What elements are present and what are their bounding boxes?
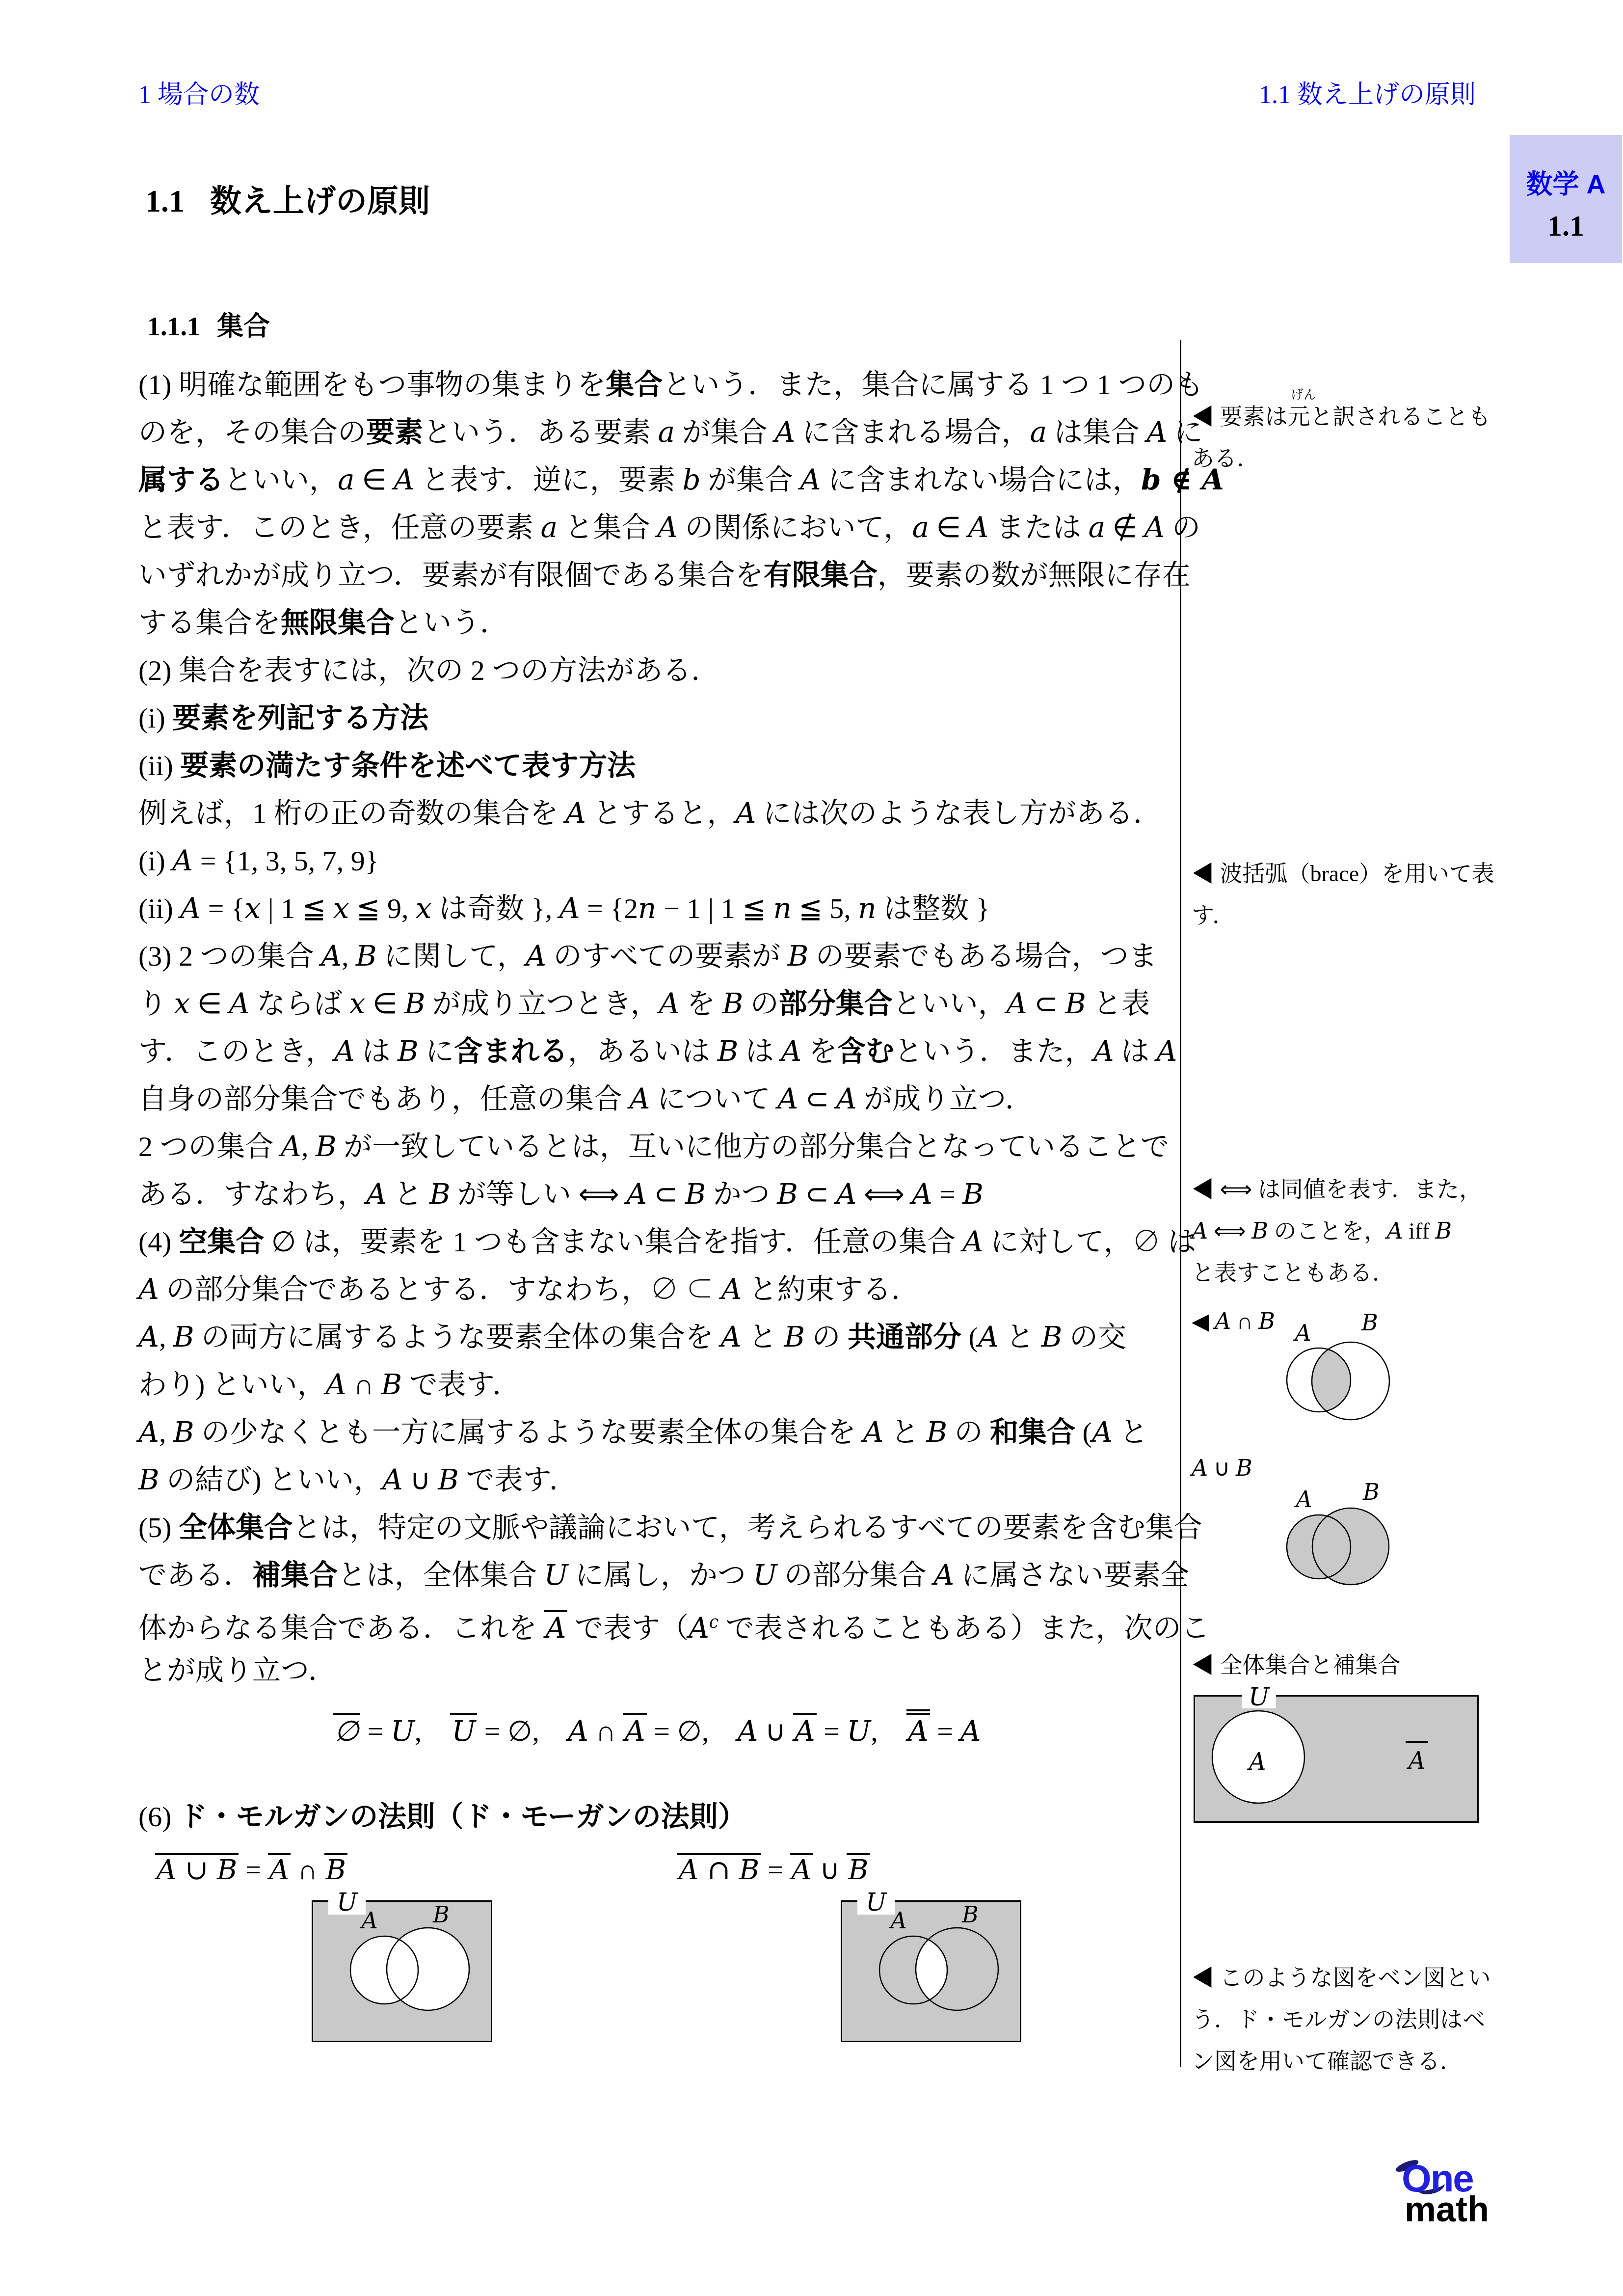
text-segment: = (360, 1715, 391, 1747)
text-segment: に (419, 1035, 454, 1067)
text-segment: B (404, 987, 426, 1020)
text-segment: (4) (138, 1226, 179, 1258)
text-segment: x (245, 891, 261, 925)
text-segment: A (626, 1177, 647, 1211)
text-segment: A (790, 1853, 813, 1885)
text-segment: 全体集合 (179, 1512, 293, 1543)
text-segment: と表 (1086, 988, 1150, 1020)
text-segment: B (173, 1415, 194, 1449)
text-segment: う．ド・モルガンの法則はベ (1192, 2007, 1485, 2032)
margin-note-iff: ◀ ⟺ は同値を表す．また，A ⟺ B のことを，A iff Bと表すこともある… (1192, 1168, 1619, 1294)
note-line: ◀ このような図をベン図とい (1192, 1957, 1619, 1999)
text-segment: B (788, 939, 809, 972)
text-segment: = (930, 1715, 960, 1747)
set-a-label: A (888, 1907, 906, 1934)
text-segment: の要素でもある場合，つま (808, 940, 1157, 972)
set-b-label: B (432, 1901, 450, 1928)
note-line: ◀ ⟺ は同値を表す．また， (1192, 1168, 1619, 1210)
text-segment: ∈ (190, 988, 229, 1020)
text-segment: A (836, 1082, 857, 1115)
text-segment: 集合 (606, 369, 663, 401)
text-segment: U (544, 1558, 568, 1592)
body-line: (3) 2 つの集合 A, B に関して，A のすべての要素が B の要素でもあ… (138, 932, 1175, 980)
set-a-complement-label: A (1407, 1747, 1426, 1775)
text-segment: x (349, 987, 366, 1020)
textbook-page: 1 場合の数 1.1 数え上げの原則 1.1数え上げの原則 数学 A 1.1 1… (0, 0, 1623, 2296)
body-line: (ii) A = {x | 1 ≦ x ≦ 9, x は奇数 }, A = {2… (138, 885, 1175, 932)
text-segment: (ii) (138, 750, 180, 782)
text-segment: は集合 (1047, 416, 1146, 448)
text-segment: という．また，集合に属する 1 つ 1 つのも (663, 369, 1203, 401)
text-segment: , (342, 940, 356, 972)
text-segment: A (963, 1225, 984, 1258)
text-segment: ド・モルガンの法則（ド・モーガンの法則） (179, 1801, 746, 1833)
subsection-label: 集合 (217, 312, 270, 341)
set-a-label: A (1293, 1320, 1311, 1346)
text-segment: B (381, 1368, 402, 1401)
text-segment: | 1 ≦ (261, 892, 333, 924)
text-segment: A (1007, 987, 1027, 1020)
body-line: のを，その集合の要素という．ある要素 a が集合 A に含まれる場合，a は集合… (138, 408, 1175, 456)
text-segment: と (883, 1416, 926, 1448)
text-segment: に含まれる場合， (795, 416, 1030, 448)
text-segment: A (326, 1368, 346, 1401)
text-segment: A (180, 891, 201, 925)
subsection-title: 1.1.1集合 (147, 305, 270, 343)
body-line: と表す．このとき，任意の要素 a と集合 A の関係において，a ∈ A または… (138, 504, 1175, 551)
text-segment: A (565, 796, 586, 830)
text-segment: 含まれる (454, 1035, 568, 1067)
text-segment: に属し，かつ (568, 1559, 753, 1591)
text-segment: ∩ (346, 1369, 381, 1401)
note-line: ン図を用いて確認できる． (1192, 2040, 1619, 2082)
text-segment: で表す． (402, 1369, 521, 1401)
section-title: 数え上げの原則 (210, 183, 430, 218)
text-segment: いずれかが成り立つ．要素が有限個である集合を (138, 559, 764, 591)
text-segment: iff (1403, 1218, 1436, 1243)
text-segment: a (338, 463, 355, 496)
text-segment: が等しい ⟺ (451, 1178, 627, 1210)
text-segment: B (1065, 987, 1086, 1020)
text-segment: , (415, 1715, 451, 1747)
text-segment: U (753, 1558, 777, 1592)
text-segment: = (817, 1715, 847, 1747)
text-segment: ≦ 5, (792, 892, 858, 924)
text-segment: とは，特定の文脈や議論において，考えられるすべての要素を含む集合 (293, 1512, 1202, 1543)
text-segment: − 1 | 1 ≦ (656, 892, 773, 924)
text-segment: A (657, 511, 678, 544)
text-segment: という． (395, 607, 508, 639)
text-segment: A (559, 891, 580, 925)
text-segment: に関して， (377, 940, 526, 972)
text-segment: または (988, 512, 1088, 543)
margin-divider (1180, 340, 1181, 2067)
text-segment: は (738, 1035, 781, 1067)
text-segment: x (174, 987, 190, 1020)
text-segment: で表す（ (567, 1612, 689, 1644)
text-segment: A (1144, 511, 1165, 544)
text-segment: , (301, 1131, 316, 1162)
set-b-label: B (1361, 1309, 1378, 1336)
venn-union-diagram: A B (1281, 1473, 1399, 1591)
note-line: と表すこともある． (1192, 1252, 1619, 1294)
text-segment: n (638, 891, 656, 925)
text-segment: ⊂ (1027, 988, 1065, 1020)
text-segment: と表すこともある． (1192, 1260, 1395, 1285)
note-line: ある． (1192, 437, 1619, 479)
text-segment: A (1092, 1415, 1113, 1449)
set-b-label: B (961, 1901, 979, 1928)
text-segment: の部分集合 (777, 1559, 933, 1591)
text-segment: とは，全体集合 (338, 1559, 544, 1591)
venn-diagram-union-complement: U A B (312, 1879, 492, 2042)
text-segment: B (1236, 1455, 1252, 1481)
body-line: 2 つの集合 A, B が一致しているとは，互いに他方の部分集合となっていること… (138, 1123, 1175, 1170)
text-segment: B (1041, 1320, 1063, 1353)
text-segment: とすると， (586, 797, 736, 829)
text-segment: ある．すなわち， (138, 1178, 366, 1210)
set-a-label: A (1294, 1486, 1312, 1513)
text-segment: の部分集合であるとする．すなわち，∅ ⊂ (159, 1273, 721, 1305)
text-segment: B (356, 939, 377, 972)
body-line: A, B の両方に属するような要素全体の集合を A と B の 共通部分 (A … (138, 1313, 1175, 1361)
text-segment: U (450, 1713, 477, 1746)
text-segment: = (932, 1178, 963, 1210)
text-segment: A (689, 1611, 709, 1645)
text-segment: A (659, 987, 680, 1020)
text-segment: (3) 2 つの集合 (138, 940, 321, 972)
note-line: A ⟺ B のことを，A iff B (1192, 1210, 1619, 1252)
text-segment: = {2 (580, 892, 639, 924)
body-text: (1) 明確な範囲をもつ事物の集まりを集合という．また，集合に属する 1 つ 1… (138, 361, 1175, 1694)
text-segment: (i) (138, 845, 172, 877)
text-segment: ◀ 波括弧（brace）を用いて表 (1192, 861, 1494, 886)
text-segment: A (334, 1034, 355, 1068)
text-segment: が一致しているとは，互いに他方の部分集合となっていることで (337, 1131, 1170, 1162)
text-segment: A (366, 1177, 387, 1211)
body-line: り x ∈ A ならば x ∈ B が成り立つとき，A を B の部分集合といい… (138, 980, 1175, 1027)
text-segment: と (1113, 1416, 1148, 1448)
text-segment: A (960, 1714, 981, 1748)
text-segment: と表す．このとき，任意の要素 (138, 512, 541, 543)
text-segment: 共通部分 (848, 1321, 961, 1353)
u-label: U (337, 1888, 358, 1917)
body-line: (i) A = {1, 3, 5, 7, 9} (138, 837, 1175, 885)
text-segment: 自身の部分集合でもあり，任意の集合 (138, 1083, 630, 1115)
text-segment: (i) (138, 702, 172, 734)
text-segment: で表されることもある）また，次のこ (718, 1612, 1210, 1644)
text-segment: A (836, 1177, 857, 1211)
text-segment: x (416, 891, 432, 925)
text-segment: 属する (138, 464, 224, 496)
text-segment: A (630, 1082, 650, 1115)
text-segment: を (680, 988, 722, 1020)
chapter-header: 1 場合の数 (138, 74, 260, 110)
text-segment: (2) 集合を表すには，次の 2 つの方法がある． (138, 654, 719, 686)
text-segment: B (1435, 1217, 1452, 1244)
text-segment: の関係において， (678, 512, 912, 543)
text-segment: n (858, 891, 876, 925)
text-segment: A (863, 1415, 884, 1449)
text-segment: と (999, 1321, 1041, 1353)
text-segment: ∪ (403, 1464, 438, 1496)
text-segment: す． (1192, 903, 1235, 928)
text-segment: 要素を列記する方法 (172, 702, 428, 734)
text-segment: 空集合 (179, 1226, 264, 1258)
body-line: A の部分集合であるとする．すなわち，∅ ⊂ A と約束する． (138, 1266, 1175, 1313)
text-segment: A (735, 796, 756, 830)
text-segment: c (709, 1613, 719, 1632)
text-segment: ⊂ (798, 1083, 836, 1115)
text-segment: A (1192, 1217, 1208, 1244)
text-segment: ⊂ (647, 1178, 685, 1210)
text-segment: が成り立つとき， (426, 988, 659, 1020)
text-segment: A (568, 1714, 588, 1748)
text-segment: が成り立つ． (857, 1083, 1034, 1115)
logo-math: math (1405, 2190, 1489, 2229)
text-segment: A (623, 1713, 647, 1746)
text-segment: B (777, 1177, 798, 1211)
set-identities-formula: ∅ = U, U = ∅, A ∩ A = ∅, A ∪ A = U, A = … (138, 1704, 1175, 1758)
text-segment: A (268, 1853, 291, 1885)
text-segment: す．このとき， (138, 1035, 334, 1067)
text-segment: , (159, 1321, 173, 1353)
text-segment: B (1258, 1308, 1275, 1334)
text-segment: ，要素の数が無限に存在 (878, 559, 1191, 591)
body-line: (1) 明確な範囲をもつ事物の集まりを集合という．また，集合に属する 1 つ 1… (138, 361, 1175, 408)
text-segment: する集合を (138, 607, 281, 639)
margin-note-union-label: A ∪ B (1192, 1455, 1619, 1481)
body-line: わり) といい，A ∩ B で表す． (138, 1361, 1175, 1408)
margin-note-venn-diagram: ◀ このような図をベン図という．ド・モルガンの法則はベン図を用いて確認できる． (1192, 1957, 1619, 2082)
text-segment: ◀ (1192, 1309, 1215, 1334)
body-line: 属するといい，a ∈ A と表す．逆に，要素 b が集合 A に含まれない場合に… (138, 456, 1175, 504)
text-segment: に属さない要素全 (954, 1559, 1189, 1591)
section-header: 1.1 数え上げの原則 (1259, 74, 1476, 110)
text-segment: B (722, 987, 744, 1020)
text-segment: は整数 } (877, 892, 990, 924)
text-segment: = ∅, (647, 1715, 738, 1747)
text-segment: ン図を用いて確認できる． (1192, 2049, 1463, 2074)
text-segment: ある． (1192, 446, 1259, 471)
text-segment: ≦ 9, (349, 892, 416, 924)
venn-diagram-intersection-complement: U A B (841, 1879, 1021, 2042)
body-line: いずれかが成り立つ．要素が有限個である集合を有限集合，要素の数が無限に存在 (138, 551, 1175, 599)
venn-intersection-diagram: A B (1281, 1306, 1399, 1424)
body-line: (2) 集合を表すには，次の 2 つの方法がある． (138, 647, 1175, 694)
text-segment: (1) 明確な範囲をもつ事物の集まりを (138, 369, 606, 401)
text-segment: A ∩ B (677, 1853, 761, 1885)
text-segment: A (774, 415, 795, 449)
text-segment: の両方に属するような要素全体の集合を (194, 1321, 721, 1353)
text-segment: n (773, 891, 791, 925)
text-segment: で表す． (459, 1464, 578, 1496)
body-line: (i) 要素を列記する方法 (138, 694, 1175, 742)
text-segment: A ∪ B (155, 1853, 239, 1885)
text-segment: ◀ 全体集合と補集合 (1192, 1652, 1401, 1677)
text-segment: の交 (1062, 1321, 1126, 1353)
text-segment: B (173, 1320, 194, 1353)
text-segment: とが成り立つ． (138, 1654, 337, 1686)
text-segment: A (1093, 1034, 1114, 1068)
text-segment: A (1157, 1034, 1177, 1068)
text-segment: A (172, 844, 193, 877)
body-line: ある．すなわち，A と B が等しい ⟺ A ⊂ B かつ B ⊂ A ⟺ A … (138, 1170, 1175, 1218)
text-segment: A (1387, 1217, 1403, 1244)
page-title: 1.1数え上げの原則 (145, 176, 430, 221)
set-a-label: A (359, 1907, 377, 1934)
text-segment: と集合 (558, 512, 657, 543)
text-segment: に含まれない場合には， (821, 464, 1141, 496)
text-segment: の (947, 1416, 990, 1448)
text-segment: 有限集合 (764, 559, 878, 591)
text-segment: a (541, 511, 558, 544)
text-segment: ◀ このような図をベン図とい (1192, 1965, 1491, 1990)
text-segment: , (871, 1715, 906, 1747)
text-segment: り (138, 988, 174, 1020)
text-segment: = (239, 1855, 268, 1886)
text-segment: と (741, 1321, 784, 1353)
text-segment: 補集合 (252, 1559, 338, 1591)
text-segment: が集合 (701, 464, 800, 496)
text-segment: = { (201, 892, 245, 924)
text-segment: , (159, 1416, 173, 1448)
text-segment: ∩ (588, 1715, 623, 1747)
text-segment: B (398, 1034, 419, 1068)
body-line: B の結び) といい，A ∪ B で表す． (138, 1456, 1175, 1504)
text-segment: である． (138, 1559, 252, 1591)
text-segment: A (1192, 1455, 1208, 1481)
text-segment: の (805, 1321, 848, 1353)
text-segment: a (1030, 415, 1047, 449)
text-segment: のすべての要素が (546, 940, 788, 972)
text-segment: 体からなる集合である．これを (138, 1612, 544, 1644)
text-segment: ⟺ (1208, 1218, 1251, 1243)
text-segment: A (229, 987, 250, 1020)
text-segment: の結び) といい， (160, 1464, 382, 1496)
text-segment: B (718, 1034, 739, 1068)
text-segment: U (847, 1714, 871, 1748)
text-segment: ∪ (1208, 1456, 1236, 1481)
text-segment: と約束する． (742, 1273, 920, 1305)
text-segment: B (1251, 1217, 1268, 1244)
text-segment: ∉ (1105, 512, 1144, 543)
text-segment: 部分集合 (779, 988, 893, 1020)
set-b-label: B (1362, 1479, 1380, 1505)
text-segment: と (387, 1178, 429, 1210)
text-segment: には次のような表し方がある． (756, 797, 1162, 829)
text-segment: A (721, 1272, 742, 1306)
text-segment: は (355, 1035, 398, 1067)
text-segment: b (682, 463, 700, 496)
text-segment: について (650, 1083, 777, 1115)
text-segment: ならば (250, 988, 349, 1020)
text-segment: B (962, 1177, 984, 1211)
text-segment: B (438, 1463, 459, 1496)
text-segment: ⟺ (856, 1178, 911, 1210)
text-segment: 例えば，1 桁の正の奇数の集合を (138, 797, 565, 829)
text-segment: A (281, 1130, 301, 1163)
text-segment: B (138, 1463, 160, 1496)
text-segment: (ii) (138, 892, 180, 924)
text-segment: 無限集合 (281, 607, 395, 639)
body-line: (4) 空集合 ∅ は，要素を 1 つも含まない集合を指す．任意の集合 A に対… (138, 1218, 1175, 1266)
margin-note-element: ◀ 要素は元と訳されることもある． (1192, 396, 1619, 479)
text-segment: ( (961, 1321, 978, 1353)
text-segment: の (1165, 512, 1200, 543)
text-segment: A (526, 939, 546, 972)
text-segment: を (801, 1035, 837, 1067)
text-segment: ，あるいは (568, 1035, 718, 1067)
section-number: 1.1 (145, 184, 185, 218)
text-segment: が集合 (675, 416, 774, 448)
margin-note-brace: ◀ 波括弧（brace）を用いて表す． (1192, 853, 1619, 936)
text-segment: = {1, 3, 5, 7, 9} (193, 845, 378, 877)
text-segment: A (781, 1034, 801, 1068)
furigana-gen: げん (1291, 389, 1316, 402)
text-segment: かつ (706, 1178, 777, 1210)
note-line: す． (1192, 894, 1619, 936)
text-segment: A (800, 463, 821, 496)
text-segment: a (1088, 511, 1105, 544)
text-segment: ◀ 要素は元と訳されることも (1192, 404, 1491, 429)
set-a-label: A (1247, 1748, 1266, 1776)
text-segment: といい， (224, 464, 338, 496)
body-line: (5) 全体集合とは，特定の文脈や議論において，考えられるすべての要素を含む集合 (138, 1504, 1175, 1551)
body-line: A, B の少なくとも一方に属するような要素全体の集合を A と B の 和集合… (138, 1408, 1175, 1456)
text-segment: の少なくとも一方に属するような要素全体の集合を (194, 1416, 863, 1448)
body-line: 体からなる集合である．これを A で表す（Ac で表されることもある）また，次の… (138, 1599, 1175, 1647)
text-segment: という．また， (894, 1035, 1093, 1067)
text-segment: ∅ は，要素を 1 つも含まない集合を指す．任意の集合 (264, 1226, 962, 1258)
text-segment: B (926, 1415, 947, 1449)
text-segment: A (321, 939, 342, 972)
text-segment: A (793, 1713, 817, 1746)
text-segment: A (382, 1463, 403, 1496)
note-line: ◀ 波括弧（brace）を用いて表 (1192, 853, 1619, 894)
text-segment: a (658, 415, 675, 449)
text-segment: ⊂ (798, 1178, 836, 1210)
text-segment: 和集合 (990, 1416, 1075, 1448)
note-line: う．ド・モルガンの法則はベ (1192, 1999, 1619, 2040)
text-segment: のことを， (1268, 1218, 1387, 1243)
text-segment: A (138, 1320, 159, 1353)
text-segment: の (743, 988, 779, 1020)
text-segment: A (544, 1610, 568, 1643)
text-segment: のを，その集合の (138, 416, 366, 448)
text-segment: 2 つの集合 (138, 1131, 281, 1162)
text-segment: ∅ (333, 1713, 361, 1746)
text-segment: は奇数 }, (432, 892, 559, 924)
de-morgan-heading: (6) ド・モルガンの法則（ド・モーガンの法則） (138, 1793, 746, 1840)
text-segment: (5) (138, 1512, 179, 1543)
text-segment: U (391, 1714, 415, 1748)
text-segment: 含む (837, 1035, 894, 1067)
body-line: (ii) 要素の満たす条件を述べて表す方法 (138, 742, 1175, 789)
body-line: である．補集合とは，全体集合 U に属し，かつ U の部分集合 A に属さない要… (138, 1551, 1175, 1599)
text-segment: A (906, 1709, 930, 1746)
text-segment: x (333, 891, 349, 925)
body-line: する集合を無限集合という． (138, 599, 1175, 647)
body-line: 例えば，1 桁の正の奇数の集合を A とすると，A には次のような表し方がある． (138, 789, 1175, 837)
text-segment: A (394, 463, 414, 496)
text-segment: 要素の満たす条件を述べて表す方法 (180, 750, 636, 782)
text-segment: A (968, 511, 989, 544)
text-segment: という．ある要素 (423, 416, 658, 448)
text-segment: は (1114, 1035, 1157, 1067)
text-segment: ( (1075, 1416, 1092, 1448)
text-segment: B (784, 1320, 805, 1353)
